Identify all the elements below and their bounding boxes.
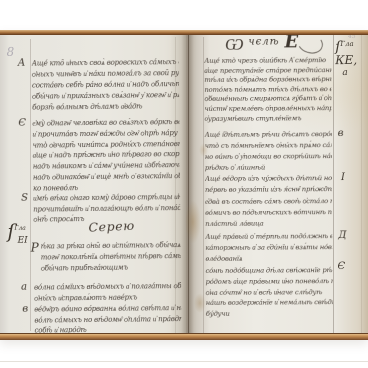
handwritten-line: чи́стѡ̑ кремле́вѣ ѻ҆правле́нныхъ на́прѣс… <box>205 104 332 114</box>
handwritten-line: Аще́ пра́вый ѻ҆ те́рпѣли подо́лжнѣ во пр… <box>205 231 332 243</box>
paragraph-marker: Д <box>338 230 346 241</box>
handwritten-line: ѳле́дованїѧ <box>205 253 332 265</box>
bottom-divider-line <box>0 361 368 362</box>
ornament-flourish <box>295 35 326 57</box>
handwritten-line: Аще́ ѳе́доръ и҆зъ чу́ждыхъ дѣ́тѣй но <box>205 173 332 185</box>
handwritten-line: ѳо́мичъ во по́дьячѣскихъ во́тчинѣ прода̀ <box>205 207 332 219</box>
handwritten-line: что̀ съ по́мнѣнїемъ ѻ҆ны́хъ прѧ́мо са́мѣ <box>205 140 332 152</box>
handwritten-line: бу́дучи <box>206 308 333 320</box>
paragraph: Аще́ пра́вый ѻ҆ те́рпѣли подо́лжнѣ во пр… <box>205 231 332 265</box>
handwritten-line: ка́торжныѣ а҆ за е҆ди́нїи и҆ взѧ́ты но́в… <box>205 242 332 254</box>
book-edge-bottom <box>0 333 368 340</box>
open-pages: 8 А Аще́ кто̑ и҆ныхъ своѧ̀ воровскихъ са… <box>0 35 368 333</box>
paragraph: Аще́ кто̀ чрезъ ѻ҆ши́бкѣ А҆ сме́ртїюа҆ще… <box>204 56 331 124</box>
handwritten-line: е҆два̀ въ соста́вѣ са́мъ своѣ̀ ѻ҆ста́ло … <box>205 196 332 208</box>
right-page-text: Ѡ чєлѣ Е ſГла КЕ, а 45 Аще́ кто̀ чрезъ ѻ… <box>0 35 368 333</box>
handwritten-line: Аще́ кто̀ чрезъ ѻ҆ши́бкѣ А҆ сме́ртїю <box>204 56 331 66</box>
paragraph: Аще́ ѳе́доръ и҆зъ чу́ждыхъ дѣ́тѣй нопе́р… <box>205 173 332 230</box>
handwritten-line: пла́стѣй ла́вица <box>205 218 332 230</box>
paragraph-marker: Є <box>337 261 345 272</box>
handwritten-line: ѻ҆на со́чтѡ̑ но и҆ всѣ̑ и҆наче слѣ́дуѣ <box>206 287 333 299</box>
handwritten-line: пе́рвѣ во у҆каза́тїи и҆зъ я́снѡ̑ прѣ́ждѣ <box>205 184 332 196</box>
handwritten-line: на́шѣ воздержа́нїе и҆ нема́лыѣ свѣ́дѣ <box>206 297 333 309</box>
paragraph-marker: а <box>342 68 357 78</box>
paragraph: Аще́ і҆дѣ́тлѣмъ рѣ́чи дѣ́сѧтъ своро́вных… <box>205 129 332 174</box>
handwritten-line: тѣ́ла и҆хъ ѻ҆брѧ́дна борзо́вныхъ вѣ́рных… <box>204 75 331 85</box>
handwritten-line: рѣ́дкѣ ѻ҆ ли́шнѣй <box>205 162 332 174</box>
chapter-numeral: КЕ, <box>335 53 357 67</box>
chapter-word: Гла <box>340 40 353 48</box>
paragraph-marker: в <box>338 128 344 139</box>
paragraph-marker: І <box>341 172 345 183</box>
paragraph: со́нѣ подо́бщина дѣ́ла свѣ́жанїе рѣ́шенѣ… <box>206 265 333 320</box>
ornament-initial: Е <box>284 35 298 52</box>
pencil-note: 45 <box>348 35 356 40</box>
chapter-number-block: ſГла КЕ, а <box>335 36 357 78</box>
ornament-word: чєлѣ <box>248 36 279 47</box>
handwritten-line: ро́домъ а҆ще пра́выми и҆но понево́лѣ тве… <box>206 276 333 288</box>
handwritten-line: о҆уразумѣ́вшѣ ступле́нїемъ <box>205 114 332 124</box>
handwritten-line: но ѳи́нѣ ѻ҆ у҆помо́щи во скорѣ́йшѣ на́дъ <box>205 151 332 163</box>
page-background: 8 А Аще́ кто̑ и҆ныхъ своѧ̀ воровскихъ са… <box>0 0 368 368</box>
ornament-omega: Ѡ <box>225 35 243 54</box>
handwritten-line: Аще́ і҆дѣ́тлѣмъ рѣ́чи дѣ́сѧтъ своро́вных… <box>205 129 332 141</box>
manuscript-photo: 8 А Аще́ кто̑ и҆ныхъ своѧ̀ воровскихъ са… <box>0 30 368 339</box>
handwritten-line: со́нѣ подо́бщина дѣ́ла свѣ́жанїе рѣ́шенѣ <box>206 265 333 277</box>
